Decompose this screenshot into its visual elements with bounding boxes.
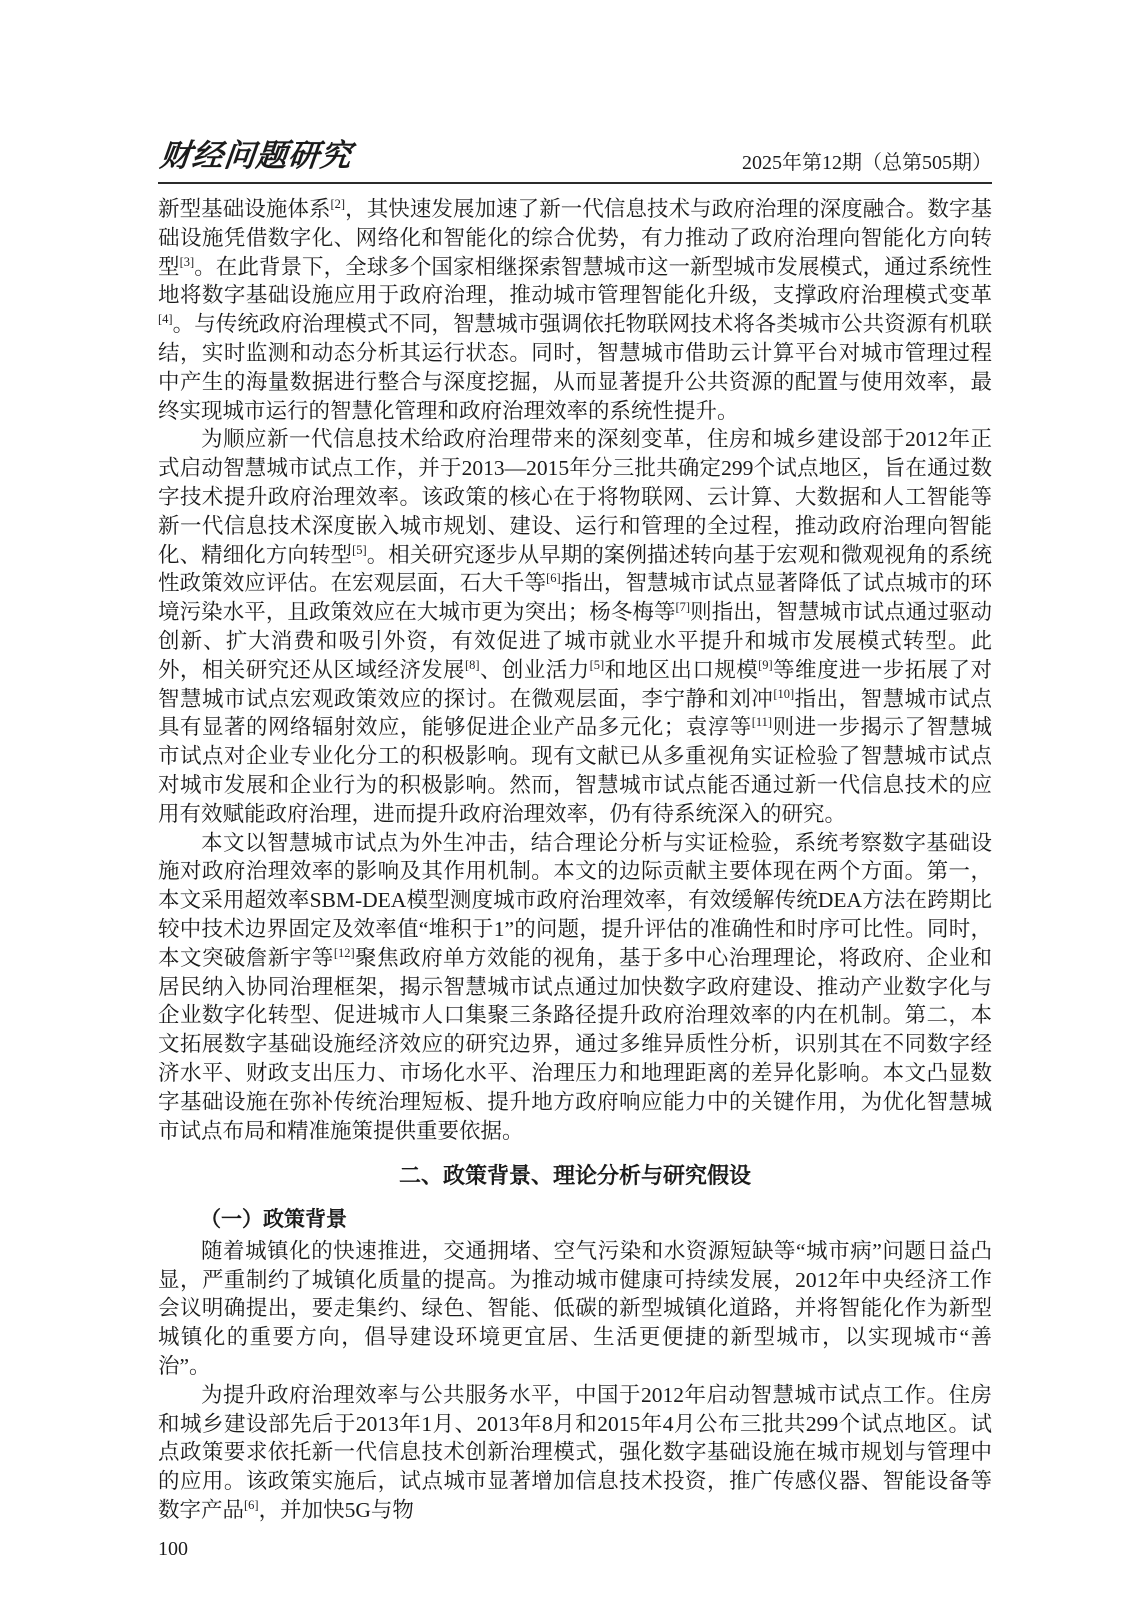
page-number: 100 [158, 1538, 992, 1561]
citation-ref: [10] [773, 686, 794, 700]
article-body: 新型基础设施体系[2]，其快速发展加速了新一代信息技术与政府治理的深度融合。数字… [158, 195, 992, 1525]
citation-ref: [5] [590, 658, 605, 672]
citation-ref: [8] [465, 658, 480, 672]
subsection-heading: （一）政策背景 [158, 1206, 992, 1235]
content-column: 财经问题研究 2025年第12期（总第505期） 新型基础设施体系[2]，其快速… [158, 0, 992, 1561]
journal-masthead: 财经问题研究 2025年第12期（总第505期） [158, 0, 992, 184]
citation-ref: [9] [758, 658, 773, 672]
section-heading: 二、政策背景、理论分析与研究假设 [158, 1162, 992, 1191]
citation-ref: [6] [244, 1498, 259, 1512]
paragraph: 为顺应新一代信息技术给政府治理带来的深刻变革，住房和城乡建设部于2012年正式启… [158, 425, 992, 828]
paragraph: 本文以智慧城市试点为外生冲击，结合理论分析与实证检验，系统考察数字基础设施对政府… [158, 829, 992, 1146]
issue-info: 2025年第12期（总第505期） [742, 146, 992, 175]
citation-ref: [12] [334, 946, 355, 960]
journal-page: 财经问题研究 2025年第12期（总第505期） 新型基础设施体系[2]，其快速… [0, 0, 1140, 1600]
paragraph: 新型基础设施体系[2]，其快速发展加速了新一代信息技术与政府治理的深度融合。数字… [158, 195, 992, 425]
citation-ref: [4] [158, 312, 173, 326]
citation-ref: [5] [352, 542, 367, 556]
paragraph: 为提升政府治理效率与公共服务水平，中国于2012年启动智慧城市试点工作。住房和城… [158, 1381, 992, 1525]
citation-ref: [6] [546, 571, 561, 585]
citation-ref: [2] [331, 197, 346, 211]
citation-ref: [7] [676, 600, 691, 614]
journal-logo: 财经问题研究 [158, 130, 355, 175]
citation-ref: [3] [180, 254, 195, 268]
citation-ref: [11] [752, 715, 772, 729]
paragraph: 随着城镇化的快速推进，交通拥堵、空气污染和水资源短缺等“城市病”问题日益凸显，严… [158, 1237, 992, 1381]
